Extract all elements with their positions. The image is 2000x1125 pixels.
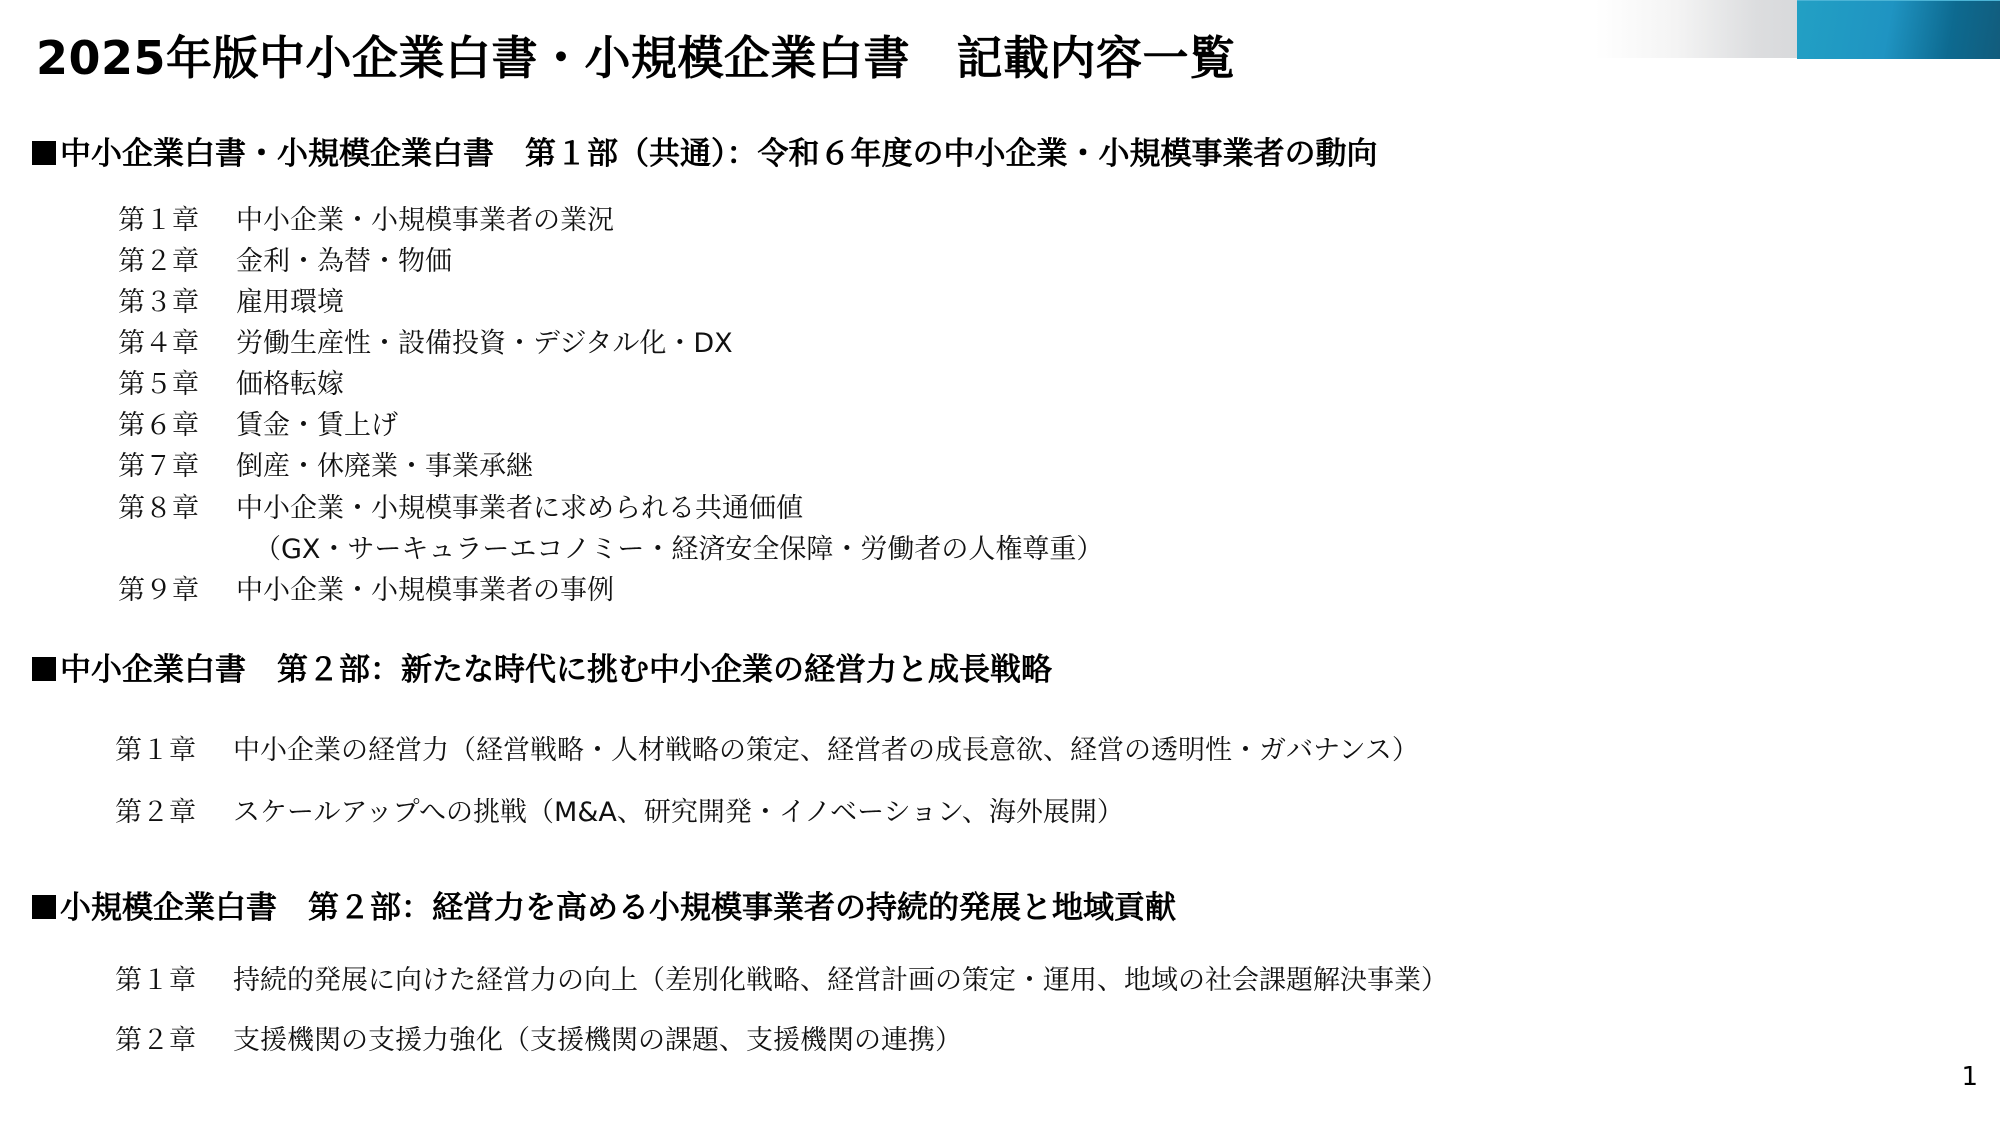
chapter-item: 第１章持続的発展に向けた経営力の向上（差別化戦略、経営計画の策定・運用、地域の社… — [115, 958, 1448, 997]
chapter-title: 金利・為替・物価 — [236, 246, 452, 277]
chapter-title: スケールアップへの挑戦（M&A、研究開発・イノベーション、海外展開） — [233, 797, 1124, 828]
chapter-number: 第１章 — [115, 958, 233, 997]
square-bullet-icon — [32, 141, 56, 165]
section-heading-part1-common: 中小企業白書・小規模企業白書 第１部（共通）：令和６年度の中小企業・小規模事業者… — [32, 128, 1378, 173]
chapter-number: 第２章 — [118, 239, 236, 278]
chapter-title: 中小企業・小規模事業者に求められる共通価値 — [236, 493, 803, 524]
chapter-title: 雇用環境 — [236, 287, 344, 318]
chapter-number: 第６章 — [118, 403, 236, 442]
square-bullet-icon — [32, 657, 56, 681]
chapter-item: 第６章賃金・賃上げ — [118, 403, 398, 442]
chapter-title: 倒産・休廃業・事業承継 — [236, 451, 533, 482]
chapter-title: 中小企業の経営力（経営戦略・人材戦略の策定、経営者の成長意欲、経営の透明性・ガバ… — [233, 735, 1419, 766]
chapter-item: 第１章中小企業・小規模事業者の業況 — [118, 198, 614, 237]
chapter-item: 第２章支援機関の支援力強化（支援機関の課題、支援機関の連携） — [115, 1018, 962, 1057]
chapter-number: 第２章 — [115, 1018, 233, 1057]
chapter-number: 第９章 — [118, 568, 236, 607]
chapter-item: 第７章倒産・休廃業・事業承継 — [118, 444, 533, 483]
chapter-item: 第５章価格転嫁 — [118, 362, 344, 401]
chapter-title: 労働生産性・設備投資・デジタル化・DX — [236, 328, 733, 359]
section-heading-text: 中小企業白書・小規模企業白書 第１部（共通）：令和６年度の中小企業・小規模事業者… — [60, 136, 1378, 172]
section-heading-part2-sme: 中小企業白書 第２部：新たな時代に挑む中小企業の経営力と成長戦略 — [32, 644, 1052, 689]
chapter-item: 第２章金利・為替・物価 — [118, 239, 452, 278]
chapter-title: 持続的発展に向けた経営力の向上（差別化戦略、経営計画の策定・運用、地域の社会課題… — [233, 965, 1448, 996]
header-decoration-gray-band — [1595, 0, 1797, 58]
chapter-number: 第８章 — [118, 486, 236, 525]
chapter-title-continuation: （GX・サーキュラーエコノミー・経済安全保障・労働者の人権尊重） — [254, 527, 1103, 566]
page-title: 2025年版中小企業白書・小規模企業白書 記載内容一覧 — [36, 22, 1236, 88]
chapter-number: 第５章 — [118, 362, 236, 401]
chapter-number: 第４章 — [118, 321, 236, 360]
chapter-item: 第１章中小企業の経営力（経営戦略・人材戦略の策定、経営者の成長意欲、経営の透明性… — [115, 728, 1419, 767]
page-number: 1 — [1961, 1062, 1978, 1092]
section-heading-part2-small-business: 小規模企業白書 第２部：経営力を高める小規模事業者の持続的発展と地域貢献 — [32, 882, 1176, 927]
chapter-title: 賃金・賃上げ — [236, 410, 398, 441]
chapter-title: 中小企業・小規模事業者の事例 — [236, 575, 614, 606]
chapter-number: 第１章 — [115, 728, 233, 767]
chapter-item: 第２章スケールアップへの挑戦（M&A、研究開発・イノベーション、海外展開） — [115, 790, 1124, 829]
chapter-title: 中小企業・小規模事業者の業況 — [236, 205, 614, 236]
chapter-number: 第１章 — [118, 198, 236, 237]
chapter-title: 価格転嫁 — [236, 369, 344, 400]
chapter-item: 第３章雇用環境 — [118, 280, 344, 319]
chapter-number: 第３章 — [118, 280, 236, 319]
chapter-item: 第８章中小企業・小規模事業者に求められる共通価値 — [118, 486, 803, 525]
chapter-item: 第４章労働生産性・設備投資・デジタル化・DX — [118, 321, 733, 360]
chapter-item: 第９章中小企業・小規模事業者の事例 — [118, 568, 614, 607]
square-bullet-icon — [32, 895, 56, 919]
chapter-number: 第２章 — [115, 790, 233, 829]
chapter-number: 第７章 — [118, 444, 236, 483]
header-decoration-blue-band — [1797, 0, 2000, 59]
section-heading-text: 小規模企業白書 第２部：経営力を高める小規模事業者の持続的発展と地域貢献 — [60, 890, 1176, 926]
chapter-title: 支援機関の支援力強化（支援機関の課題、支援機関の連携） — [233, 1025, 962, 1056]
section-heading-text: 中小企業白書 第２部：新たな時代に挑む中小企業の経営力と成長戦略 — [60, 652, 1052, 688]
